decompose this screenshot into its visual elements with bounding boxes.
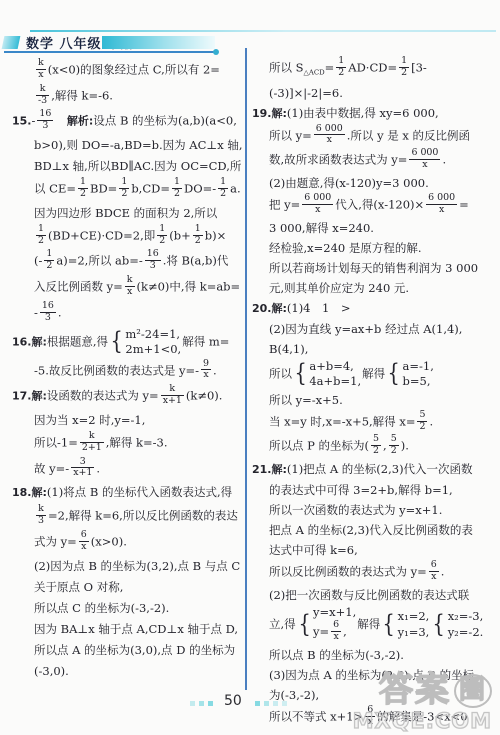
fraction: kx+1: [161, 384, 184, 407]
fraction: 6 000x: [409, 148, 440, 171]
solution-line: 的表达式中可得 3=2+b,解得 b=1,: [252, 480, 498, 500]
fraction: 12: [78, 177, 88, 200]
solution-line: b>0),则 DO=-a,BD=b.因为 AC⊥x 轴,: [12, 135, 244, 155]
column-divider: [245, 48, 247, 690]
solution-line: 把 y=6 000x代入,得(x-120)×6 000x=: [252, 193, 498, 218]
fraction: 6 000x: [302, 193, 333, 216]
solution-line: 经检验,x=240 是原方程的解.: [252, 238, 498, 258]
solution-line: 因为当 x=2 时,y=-1,: [12, 410, 244, 430]
solution-line: 16.解:根据题意,得{m²-24=1,2m+1<0,解得 m=: [12, 327, 244, 358]
solution-line: 元,则其单价应定为 240 元.: [252, 278, 498, 298]
equation-system: {y=x+1,y=6x,: [297, 605, 357, 645]
header-underline-dot: [213, 49, 219, 55]
fraction: 6 000x: [314, 124, 345, 147]
fraction: 12: [336, 56, 346, 79]
footer-dots-right: [255, 701, 287, 706]
header-underline: [4, 51, 215, 53]
page-number: 50: [224, 693, 242, 709]
solution-line: 故 y=-3x+1.: [12, 457, 244, 482]
solution-line: 所以一次函数的表达式为 y=x+1.: [252, 500, 498, 520]
left-column: kx(x<0)的图象经过点 C,所以有 2=k-3,解得 k=-6.15.-16…: [12, 58, 244, 682]
solution-line: 所以 S△ACD=12AD·CD=12[3-: [252, 56, 498, 83]
fraction: 6 000x: [426, 193, 457, 216]
solution-line: 18.解:(1)将点 B 的坐标代入函数表达式,得: [12, 482, 244, 503]
fraction: kx: [125, 275, 135, 298]
solution-line: (-12a)=2,所以 ab=-163.将 B(a,b)代: [12, 249, 244, 274]
fraction: k3: [36, 504, 46, 527]
fraction: 12: [218, 177, 228, 200]
footer-dots-left: [190, 701, 213, 706]
fraction: 52: [371, 434, 381, 457]
equation-system: {a=-1,b=5,: [386, 359, 434, 390]
solution-line: 因为四边形 BDCE 的面积为 2,所以: [12, 203, 244, 223]
right-column: 所以 S△ACD=12AD·CD=12[3-(-3)]×|-2|=6.19.解:…: [252, 56, 498, 730]
solution-line: 17.解:设函数的表达式为 y=kx+1(k≠0).: [12, 384, 244, 409]
solution-line: -163.: [12, 301, 244, 326]
fraction: 163: [40, 301, 56, 324]
solution-line: BD⊥x 轴,所以BD∥AC.因为 OC=CD,所: [12, 156, 244, 176]
solution-line: (3)因为点 A 的坐标为(2,3),点 B 的坐标: [252, 665, 498, 685]
solution-line: 所以反比例函数的表达式为 y=6x.: [252, 560, 498, 585]
solution-line: 当 x=y 时,x=-x+5,解得 x=52.: [252, 410, 498, 435]
header-top-rule: [30, 30, 496, 32]
solution-line: 把点 A 的坐标(2,3)代入反比例函数的表: [252, 520, 498, 540]
solution-line: 19.解:(1)由表中数据,得 xy=6 000,: [252, 103, 498, 124]
fraction: 52: [417, 410, 427, 433]
solution-line: 所以-1=k2+1,解得 k=-3.: [12, 431, 244, 456]
header-gradient-bar: [102, 36, 215, 49]
fraction: kx: [36, 58, 46, 81]
solution-line: 15.-163 解析:设点 B 的坐标为(a,b)(a<0,: [12, 109, 244, 134]
equation-system: {x₁=2,y₁=3,: [381, 609, 429, 640]
fraction: k-3: [36, 84, 49, 107]
fraction: 12: [399, 56, 409, 79]
fraction: 6x: [331, 620, 341, 643]
fraction: 12: [44, 249, 54, 272]
solution-line: k3=2,解得 k=6,所以反比例函数的表达: [12, 504, 244, 529]
solution-line: 所以{a+b=4,4a+b=1,解得{a=-1,b=5,: [252, 359, 498, 390]
fraction: 12: [119, 177, 129, 200]
solution-line: 所以点 A 的坐标为(3,0),点 D 的坐标为: [12, 640, 244, 660]
solution-line: 入反比例函数 y=kx(k≠0)中,得 k=ab=: [12, 275, 244, 300]
solution-line: (2)因为直线 y=ax+b 经过点 A(1,4),: [252, 319, 498, 339]
solution-line: (-3)]×|-2|=6.: [252, 83, 498, 103]
solution-line: 所以点 B 的坐标为(-3,-2).: [252, 645, 498, 665]
solution-line: 立,得{y=x+1,y=6x,解得{x₁=2,y₁=3,{x₂=-3,y₂=-2…: [252, 605, 498, 645]
page-footer: 50: [0, 693, 500, 715]
textbook-page: 数学 八年级 下册 kx(x<0)的图象经过点 C,所以有 2=k-3,解得 k…: [0, 0, 500, 735]
equation-system: {x₂=-3,y₂=-2.: [431, 609, 483, 640]
solution-line: (2)因为点 B 的坐标为(3,2),点 B 与点 C: [12, 556, 244, 576]
solution-line: 21.解:(1)把点 A 的坐标(2,3)代入一次函数: [252, 459, 498, 480]
solution-line: 式为 y=6x(x>0).: [12, 530, 244, 555]
fraction: 12: [172, 177, 182, 200]
fraction: 163: [145, 249, 161, 272]
solution-line: kx(x<0)的图象经过点 C,所以有 2=: [12, 58, 244, 83]
fraction: 6x: [429, 560, 439, 583]
fraction: 3x+1: [71, 457, 94, 480]
solution-line: 数,故所求函数表达式为 y=6 000x.: [252, 148, 498, 173]
solution-line: 关于原点 O 对称,: [12, 577, 244, 597]
equation-system: {m²-24=1,2m+1<0,: [109, 327, 181, 358]
solution-line: 3 000,解得 x=240.: [252, 218, 498, 238]
solution-line: 12(BD+CE)·CD=2,即12(b+12b)×: [12, 224, 244, 249]
solution-line: 所以若商场计划每天的销售利润为 3 000: [252, 258, 498, 278]
solution-line: -5.故反比例函数的表达式是 y=-9x.: [12, 359, 244, 384]
solution-line: 因为 BA⊥x 轴于点 A,CD⊥x 轴于点 D,: [12, 619, 244, 639]
solution-line: B(4,1),: [252, 339, 498, 359]
fraction: 163: [37, 109, 53, 132]
fraction: 12: [36, 224, 46, 247]
solution-line: k-3,解得 k=-6.: [12, 84, 244, 109]
solution-line: 所以点 C 的坐标为(-3,-2).: [12, 598, 244, 618]
fraction: 12: [193, 224, 203, 247]
fraction: 12: [157, 224, 167, 247]
solution-line: 所以 y=6 000x.所以 y 是 x 的反比例函: [252, 124, 498, 149]
solution-line: 以 CE=12BD=12b,CD=12DO=-12a.: [12, 177, 244, 202]
header-accent-block: [2, 36, 21, 49]
solution-line: (2)由题意,得(x-120)y=3 000.: [252, 173, 498, 193]
solution-line: (-3,0).: [12, 661, 244, 681]
solution-line: 所以点 P 的坐标为(52,52).: [252, 434, 498, 459]
fraction: 52: [389, 434, 399, 457]
equation-system: {a+b=4,4a+b=1,: [293, 359, 361, 390]
fraction: 9x: [201, 359, 211, 382]
fraction: k2+1: [80, 431, 104, 454]
fraction: 6x: [79, 530, 89, 553]
solution-line: (2)把一次函数与反比例函数的表达式联: [252, 585, 498, 605]
solution-line: 达式中可得 k=6,: [252, 540, 498, 560]
solution-line: 所以 y=-x+5.: [252, 390, 498, 410]
solution-line: 20.解:(1)4 1 >: [252, 298, 498, 319]
